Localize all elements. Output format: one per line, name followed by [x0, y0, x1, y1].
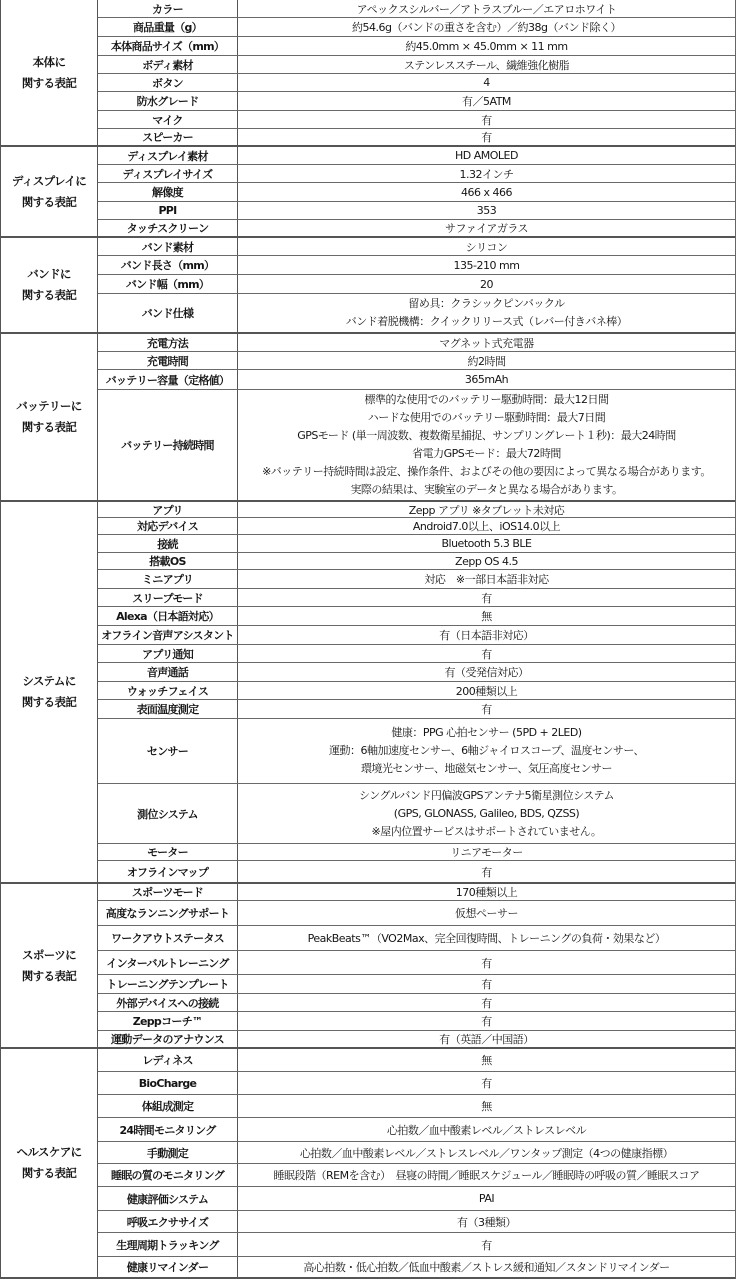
spec-key: 生理周期トラッキング: [98, 1233, 238, 1256]
section-label-line: 関する表記: [22, 966, 77, 987]
spec-key: ワークアウトステータス: [98, 926, 238, 950]
spec-row: Alexa（日本語対応）無: [98, 607, 735, 626]
spec-key: 睡眠の質のモニタリング: [98, 1164, 238, 1186]
section-label-line: 関する表記: [22, 73, 77, 94]
spec-value-line: 省電力GPSモード：最大72時間: [412, 445, 561, 463]
spec-value-line: 環境光センサー、地磁気センサー、気圧高度センサー: [361, 760, 612, 778]
spec-key: センサー: [98, 719, 238, 783]
spec-key: 充電時間: [98, 352, 238, 369]
spec-value: 有（3種類）: [238, 1211, 735, 1232]
spec-row: レディネス無: [98, 1049, 735, 1072]
section-label: スポーツに 関する表記: [1, 884, 98, 1047]
spec-row: 呼吸エクササイズ有（3種類）: [98, 1211, 735, 1233]
spec-value-line: 標準的な使用でのバッテリー駆動時間：最大12日間: [365, 391, 609, 409]
spec-key: 搭載OS: [98, 553, 238, 569]
spec-row: 健康リマインダー高心拍数・低心拍数／低血中酸素／ストレス緩和通知／スタンドリマイ…: [98, 1257, 735, 1277]
spec-value: 20: [238, 275, 735, 293]
spec-key: ミニアプリ: [98, 570, 238, 588]
spec-key: ボタン: [98, 74, 238, 91]
spec-key: バンド仕様: [98, 294, 238, 332]
section-label-line: 関する表記: [22, 1163, 77, 1184]
spec-row: タッチスクリーンサファイアガラス: [98, 220, 735, 236]
section-label-line: バッテリーに: [16, 396, 81, 417]
spec-key: レディネス: [98, 1049, 238, 1071]
spec-key: 表面温度測定: [98, 700, 238, 718]
spec-key: 外部デバイスへの接続: [98, 994, 238, 1011]
spec-value-line: 健康：PPG 心拍センサー (5PD + 2LED): [391, 724, 581, 742]
spec-key: モーター: [98, 844, 238, 860]
spec-key: オフライン音声アシスタント: [98, 626, 238, 644]
spec-table: 本体に 関する表記 カラーアペックスシルバー／アトラスブルー／エアロホワイト 商…: [0, 0, 736, 1279]
spec-row: スポーツモード170種類以上: [98, 884, 735, 901]
section-band: バンドに 関する表記 バンド素材シリコン バンド長さ（mm）135-210 mm…: [1, 238, 735, 334]
section-label-line: 関する表記: [22, 285, 77, 306]
spec-value-line: 実際の結果は、実験室のデータと異なる場合があります。: [350, 481, 622, 499]
spec-key: トレーニングテンプレート: [98, 975, 238, 993]
spec-key: バッテリー持続時間: [98, 390, 238, 500]
section-label-line: 本体に: [33, 52, 66, 73]
spec-value: 対応 ※一部日本語非対応: [238, 570, 735, 588]
spec-row: 手動測定心拍数／血中酸素レベル／ストレスレベル／ワンタップ測定（4つの健康指標）: [98, 1142, 735, 1164]
spec-value: 有: [238, 1012, 735, 1030]
spec-row: BioCharge有: [98, 1072, 735, 1095]
spec-row: Zeppコーチ™有: [98, 1012, 735, 1031]
spec-row: スリープモード有: [98, 589, 735, 607]
spec-value: 仮想ペーサー: [238, 901, 735, 925]
spec-key: 高度なランニングサポート: [98, 901, 238, 925]
spec-value: 健康：PPG 心拍センサー (5PD + 2LED) 運動：6軸加速度センサー、…: [238, 719, 735, 783]
spec-row: センサー 健康：PPG 心拍センサー (5PD + 2LED) 運動：6軸加速度…: [98, 719, 735, 784]
spec-key: アプリ通知: [98, 645, 238, 662]
section-label-line: システムに: [22, 671, 75, 692]
spec-key: スリープモード: [98, 589, 238, 606]
spec-value: 有: [238, 1233, 735, 1256]
spec-key: ウォッチフェイス: [98, 682, 238, 699]
spec-value-line: ハードな使用でのバッテリー駆動時間：最大7日間: [368, 409, 606, 427]
spec-row: モーターリニアモーター: [98, 844, 735, 861]
spec-value: 有: [238, 111, 735, 128]
spec-row: 充電時間約2時間: [98, 352, 735, 370]
spec-row: ディスプレイ素材HD AMOLED: [98, 147, 735, 165]
spec-key: スポーツモード: [98, 884, 238, 900]
spec-value: リニアモーター: [238, 844, 735, 860]
spec-value-line: 運動：6軸加速度センサー、6軸ジャイロスコープ、温度センサー、: [329, 742, 644, 760]
spec-row: 運動データのアナウンス有（英語／中国語）: [98, 1031, 735, 1047]
spec-key: バンド長さ（mm）: [98, 256, 238, 274]
spec-value: 200種類以上: [238, 682, 735, 699]
spec-key: 24時間モニタリング: [98, 1118, 238, 1141]
spec-key: 運動データのアナウンス: [98, 1031, 238, 1047]
spec-row: アプリ通知有: [98, 645, 735, 663]
spec-value: 有: [238, 645, 735, 662]
spec-value: 有（日本語非対応）: [238, 626, 735, 644]
section-label: 本体に 関する表記: [1, 0, 98, 145]
spec-row: アプリZepp アプリ ※タブレット未対応: [98, 502, 735, 518]
spec-value: ステンレススチール、繊維強化樹脂: [238, 56, 735, 73]
spec-key: バッテリー容量（定格値）: [98, 370, 238, 389]
section-label: システムに 関する表記: [1, 502, 98, 882]
spec-value: 有: [238, 129, 735, 145]
spec-key: 充電方法: [98, 334, 238, 351]
spec-value: 心拍数／血中酸素レベル／ストレスレベル／ワンタップ測定（4つの健康指標）: [238, 1142, 735, 1163]
spec-value: PeakBeats™（VO2Max、完全回復時間、トレーニングの負荷・効果など）: [238, 926, 735, 950]
spec-key: 音声通話: [98, 663, 238, 681]
spec-row: トレーニングテンプレート有: [98, 975, 735, 994]
spec-row: ワークアウトステータスPeakBeats™（VO2Max、完全回復時間、トレーニ…: [98, 926, 735, 951]
spec-value: 有: [238, 861, 735, 882]
spec-key: 健康リマインダー: [98, 1257, 238, 1277]
section-system: システムに 関する表記 アプリZepp アプリ ※タブレット未対応 対応デバイス…: [1, 502, 735, 884]
spec-row: 搭載OSZepp OS 4.5: [98, 553, 735, 570]
spec-row: バンド幅（mm）20: [98, 275, 735, 294]
spec-key: PPI: [98, 202, 238, 219]
spec-value: 有（英語／中国語）: [238, 1031, 735, 1047]
spec-row: ディスプレイサイズ1.32インチ: [98, 165, 735, 183]
spec-key: ディスプレイサイズ: [98, 165, 238, 182]
spec-row: 生理周期トラッキング有: [98, 1233, 735, 1257]
spec-value: 心拍数／血中酸素レベル／ストレスレベル: [238, 1118, 735, 1141]
spec-row: 接続Bluetooth 5.3 BLE: [98, 535, 735, 553]
spec-value: 466 x 466: [238, 183, 735, 201]
section-label-line: ディスプレイに: [12, 171, 86, 192]
spec-row: 音声通話有（受発信対応）: [98, 663, 735, 682]
spec-value: 有（受発信対応）: [238, 663, 735, 681]
section-body: 本体に 関する表記 カラーアペックスシルバー／アトラスブルー／エアロホワイト 商…: [1, 0, 735, 147]
spec-key: オフラインマップ: [98, 861, 238, 882]
spec-key: スピーカー: [98, 129, 238, 145]
spec-key: 測位システム: [98, 784, 238, 843]
spec-value-line: (GPS, GLONASS, Galileo, BDS, QZSS): [394, 805, 579, 823]
spec-value: 有: [238, 951, 735, 974]
spec-row: 測位システム シングルバンド円偏波GPSアンテナ5衛星測位システム (GPS, …: [98, 784, 735, 844]
spec-key: アプリ: [98, 502, 238, 517]
spec-key: バンド素材: [98, 238, 238, 255]
spec-value: Zepp OS 4.5: [238, 553, 735, 569]
spec-key: 呼吸エクササイズ: [98, 1211, 238, 1232]
spec-value: 1.32インチ: [238, 165, 735, 182]
spec-key: マイク: [98, 111, 238, 128]
spec-value-line: 留め具：クラシックピンバックル: [408, 295, 564, 313]
spec-value-line: ※バッテリー持続時間は設定、操作条件、およびその他の要因によって異なる場合があり…: [262, 463, 711, 481]
section-label-line: スポーツに: [22, 945, 76, 966]
spec-key: 対応デバイス: [98, 518, 238, 534]
spec-row: ウォッチフェイス200種類以上: [98, 682, 735, 700]
spec-row: 睡眠の質のモニタリング睡眠段階（REMを含む） 昼寝の時間／睡眠スケジュール／睡…: [98, 1164, 735, 1187]
spec-value: Android7.0以上、iOS14.0以上: [238, 518, 735, 534]
section-battery: バッテリーに 関する表記 充電方法マグネット式充電器 充電時間約2時間 バッテリ…: [1, 334, 735, 502]
spec-value: 353: [238, 202, 735, 219]
section-label: ディスプレイに 関する表記: [1, 147, 98, 236]
spec-value: 高心拍数・低心拍数／低血中酸素／ストレス緩和通知／スタンドリマインダー: [238, 1257, 735, 1277]
spec-value: 留め具：クラシックピンバックル バンド着脱機構：クイックリリース式（レバー付きバ…: [238, 294, 735, 332]
section-display: ディスプレイに 関する表記 ディスプレイ素材HD AMOLED ディスプレイサイ…: [1, 147, 735, 238]
spec-row: 健康評価システムPAI: [98, 1187, 735, 1211]
section-label: ヘルスケアに 関する表記: [1, 1049, 98, 1277]
spec-row: マイク有: [98, 111, 735, 129]
spec-row: 対応デバイスAndroid7.0以上、iOS14.0以上: [98, 518, 735, 535]
section-label: バッテリーに 関する表記: [1, 334, 98, 500]
spec-value: PAI: [238, 1187, 735, 1210]
spec-value: 365mAh: [238, 370, 735, 389]
spec-row: 防水グレード有／5ATM: [98, 92, 735, 111]
spec-value: 無: [238, 1049, 735, 1071]
spec-row: バンド長さ（mm）135-210 mm: [98, 256, 735, 275]
spec-value: 有: [238, 975, 735, 993]
spec-value: 有: [238, 994, 735, 1011]
spec-value: 約45.0mm × 45.0mm × 11 mm: [238, 37, 735, 55]
spec-value: シリコン: [238, 238, 735, 255]
spec-key: 本体商品サイズ（mm）: [98, 37, 238, 55]
spec-value: 有: [238, 700, 735, 718]
spec-row: バッテリー容量（定格値）365mAh: [98, 370, 735, 390]
spec-key: Zeppコーチ™: [98, 1012, 238, 1030]
spec-key: ボディ素材: [98, 56, 238, 73]
spec-row: ボタン4: [98, 74, 735, 92]
section-label-line: バンドに: [27, 264, 71, 285]
spec-row: PPI353: [98, 202, 735, 220]
spec-row: 体組成測定無: [98, 1095, 735, 1118]
spec-row: 外部デバイスへの接続有: [98, 994, 735, 1012]
spec-value: 標準的な使用でのバッテリー駆動時間：最大12日間 ハードな使用でのバッテリー駆動…: [238, 390, 735, 500]
spec-value: 睡眠段階（REMを含む） 昼寝の時間／睡眠スケジュール／睡眠時の呼吸の質／睡眠ス…: [238, 1164, 735, 1186]
spec-row: バンド仕様 留め具：クラシックピンバックル バンド着脱機構：クイックリリース式（…: [98, 294, 735, 332]
spec-key: カラー: [98, 0, 238, 17]
spec-value: 有／5ATM: [238, 92, 735, 110]
spec-key: 健康評価システム: [98, 1187, 238, 1210]
spec-value-line: ※屋内位置サービスはサポートされていません。: [372, 823, 602, 841]
section-label-line: ヘルスケアに: [16, 1142, 81, 1163]
spec-value: マグネット式充電器: [238, 334, 735, 351]
spec-row: バッテリー持続時間 標準的な使用でのバッテリー駆動時間：最大12日間 ハードな使…: [98, 390, 735, 500]
spec-key: 解像度: [98, 183, 238, 201]
spec-key: インターバルトレーニング: [98, 951, 238, 974]
spec-value: HD AMOLED: [238, 147, 735, 164]
spec-row: 高度なランニングサポート仮想ペーサー: [98, 901, 735, 926]
spec-row: ボディ素材ステンレススチール、繊維強化樹脂: [98, 56, 735, 74]
section-label-line: 関する表記: [22, 417, 77, 438]
spec-value-line: シングルバンド円偏波GPSアンテナ5衛星測位システム: [359, 787, 614, 805]
spec-value: 4: [238, 74, 735, 91]
spec-value: 無: [238, 607, 735, 625]
spec-key: 商品重量（g）: [98, 18, 238, 36]
spec-key: ディスプレイ素材: [98, 147, 238, 164]
spec-value: 有: [238, 589, 735, 606]
spec-row: スピーカー有: [98, 129, 735, 145]
spec-row: オフライン音声アシスタント有（日本語非対応）: [98, 626, 735, 645]
spec-value-line: バンド着脱機構：クイックリリース式（レバー付きバネ棒）: [346, 313, 627, 331]
spec-key: BioCharge: [98, 1072, 238, 1094]
section-sports: スポーツに 関する表記 スポーツモード170種類以上 高度なランニングサポート仮…: [1, 884, 735, 1049]
spec-value: Zepp アプリ ※タブレット未対応: [238, 502, 735, 517]
spec-value: 135-210 mm: [238, 256, 735, 274]
spec-value: サファイアガラス: [238, 220, 735, 236]
spec-row: 表面温度測定有: [98, 700, 735, 719]
spec-row: バンド素材シリコン: [98, 238, 735, 256]
spec-key: 体組成測定: [98, 1095, 238, 1117]
section-label: バンドに 関する表記: [1, 238, 98, 332]
spec-value: 約54.6g（バンドの重さを含む）／約38g（バンド除く）: [238, 18, 735, 36]
spec-row: ミニアプリ対応 ※一部日本語非対応: [98, 570, 735, 589]
spec-key: 手動測定: [98, 1142, 238, 1163]
spec-row: 解像度466 x 466: [98, 183, 735, 202]
spec-key: 防水グレード: [98, 92, 238, 110]
spec-key: 接続: [98, 535, 238, 552]
spec-row: インターバルトレーニング有: [98, 951, 735, 975]
spec-row: 24時間モニタリング心拍数／血中酸素レベル／ストレスレベル: [98, 1118, 735, 1142]
spec-value: 約2時間: [238, 352, 735, 369]
spec-value: 170種類以上: [238, 884, 735, 900]
spec-row: オフラインマップ有: [98, 861, 735, 882]
spec-row: 充電方法マグネット式充電器: [98, 334, 735, 352]
section-label-line: 関する表記: [22, 192, 77, 213]
spec-row: カラーアペックスシルバー／アトラスブルー／エアロホワイト: [98, 0, 735, 18]
section-label-line: 関する表記: [22, 692, 77, 713]
spec-value: アペックスシルバー／アトラスブルー／エアロホワイト: [238, 0, 735, 17]
spec-key: バンド幅（mm）: [98, 275, 238, 293]
spec-value: 無: [238, 1095, 735, 1117]
spec-key: Alexa（日本語対応）: [98, 607, 238, 625]
spec-row: 本体商品サイズ（mm）約45.0mm × 45.0mm × 11 mm: [98, 37, 735, 56]
spec-value: Bluetooth 5.3 BLE: [238, 535, 735, 552]
spec-value-line: GPSモード (単一周波数、複数衛星捕捉、サンプリングレート１秒)：最大24時間: [297, 427, 676, 445]
spec-row: 商品重量（g）約54.6g（バンドの重さを含む）／約38g（バンド除く）: [98, 18, 735, 37]
section-healthcare: ヘルスケアに 関する表記 レディネス無 BioCharge有 体組成測定無 24…: [1, 1049, 735, 1279]
spec-value: シングルバンド円偏波GPSアンテナ5衛星測位システム (GPS, GLONASS…: [238, 784, 735, 843]
spec-value: 有: [238, 1072, 735, 1094]
spec-key: タッチスクリーン: [98, 220, 238, 236]
